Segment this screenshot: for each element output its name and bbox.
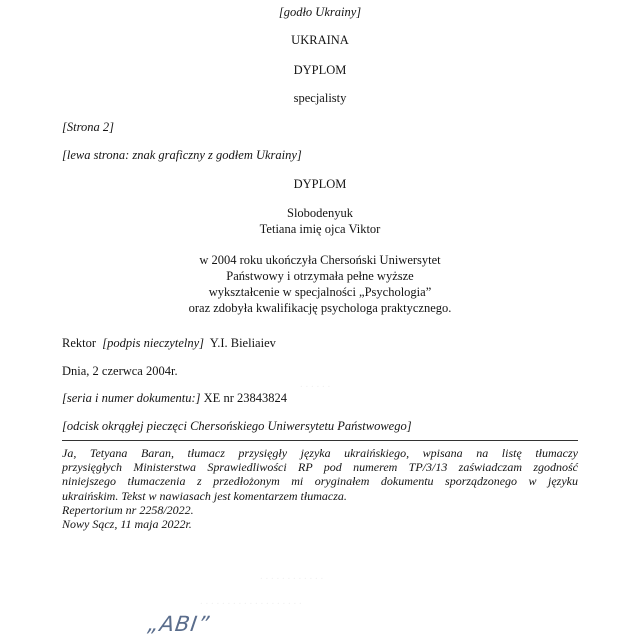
separator-line [62, 440, 578, 441]
show-through-text: . . . . . . . . . . . . [260, 570, 323, 582]
certificate-line: ukraińskim. Tekst w nawiasach jest komen… [62, 489, 578, 503]
diploma-body-line: w 2004 roku ukończyła Chersoński Uniwers… [0, 254, 640, 267]
show-through-text: . . . . . . . . . . . . . . . . . . . [200, 595, 302, 607]
diploma-title: DYPLOM [0, 178, 640, 191]
graduate-surname: Slobodenyuk [0, 207, 640, 220]
repertorium-number: Repertorium nr 2258/2022. [62, 503, 578, 517]
certificate-line: niniejszego tłumaczenia z przedłożonym m… [62, 474, 578, 488]
rector-signature-line: Rektor [podpis nieczytelny] Y.I. Bieliai… [62, 337, 276, 350]
document-page: . . . . . . . . . . . . . . . . . . . . … [0, 0, 640, 640]
page-marker: [Strona 2] [62, 121, 114, 134]
signature-role: Rektor [62, 336, 96, 350]
translator-certificate: Ja, Tetyana Baran, tłumacz przysięgły ję… [62, 446, 578, 531]
graduate-name: Tetiana imię ojca Viktor [0, 223, 640, 236]
certificate-line: przysięgłych Ministerstwa Sprawiedliwośc… [62, 460, 578, 474]
show-through-text: . . . . . . [300, 378, 330, 390]
diploma-body-line: wykształcenie w specjalności „Psychologi… [0, 286, 640, 299]
stamp-text: „ABI” [146, 612, 211, 636]
diploma-body-line: oraz zdobyła kwalifikację psychologa pra… [0, 302, 640, 315]
signature-note: [podpis nieczytelny] [102, 336, 204, 350]
emblem-note: [godło Ukrainy] [0, 6, 640, 19]
seal-note: [odcisk okrągłej pieczęci Chersońskiego … [62, 420, 412, 433]
document-type-heading: DYPLOM [0, 64, 640, 77]
diploma-body-line: Państwowy i otrzymała pełne wyższe [0, 270, 640, 283]
diploma-level: specjalisty [0, 92, 640, 105]
signature-name: Y.I. Bieliaiev [210, 336, 276, 350]
document-number-value: XE nr 23843824 [204, 391, 287, 405]
country-heading: UKRAINA [0, 34, 640, 47]
issue-date: Dnia, 2 czerwca 2004r. [62, 365, 178, 378]
document-number-label: [seria i numer dokumentu:] [62, 391, 201, 405]
place-and-date: Nowy Sącz, 11 maja 2022r. [62, 517, 578, 531]
certificate-line: Ja, Tetyana Baran, tłumacz przysięgły ję… [62, 446, 578, 460]
document-number-line: [seria i numer dokumentu:] XE nr 2384382… [62, 392, 287, 405]
left-side-note: [lewa strona: znak graficzny z godłem Uk… [62, 149, 302, 162]
